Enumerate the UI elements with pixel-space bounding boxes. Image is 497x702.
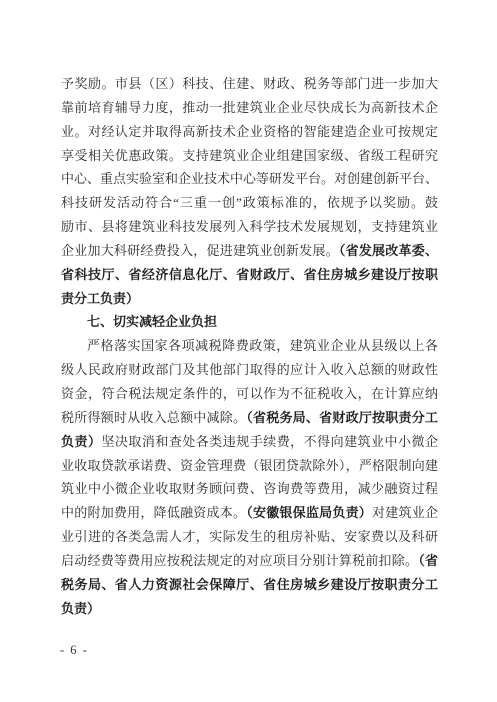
- text-line: 企业加大科研经费投入，促进建筑业创新发展。（省发展改革委、: [61, 239, 438, 263]
- text-line: 省科技厅、省经济信息化厅、省财政厅、省住房城乡建设厅按职: [61, 263, 438, 287]
- bold-text-segment: （省税务局、省财政厅按职责分工: [246, 410, 438, 425]
- text-segment: 科技研发活动符合“三重一创”政策标准的，依规予以奖励。鼓: [61, 195, 438, 210]
- bold-text-segment: （省: [418, 553, 438, 568]
- page-number: - 6 -: [60, 643, 88, 658]
- text-line: 七、切实减轻企业负担: [61, 310, 438, 334]
- text-segment: 享受相关优惠政策。支持建筑业企业组建国家级、省级工程研究: [61, 148, 438, 163]
- text-segment: 靠前培育辅导力度，推动一批建筑业企业尽快成长为高新技术企: [61, 100, 438, 115]
- text-line: 严格落实国家各项减税降费政策，建筑业企业从县级以上各: [61, 334, 438, 358]
- text-segment: 资金，符合税法规定条件的，可以作为不征税收入，在计算应纳: [61, 386, 438, 401]
- text-line: 资金，符合税法规定条件的，可以作为不征税收入，在计算应纳: [61, 382, 438, 406]
- text-line: 业收取贷款承诺费、资金管理费（银团贷款除外），严格限制向建: [61, 454, 438, 478]
- text-line: 中的附加费用，降低融资成本。（安徽银保监局负责）对建筑业企: [61, 501, 438, 525]
- bold-text-segment: 省科技厅、省经济信息化厅、省财政厅、省住房城乡建设厅按职: [61, 267, 438, 282]
- text-line: 税务局、省人力资源社会保障厅、省住房城乡建设厅按职责分工: [61, 573, 438, 597]
- text-line: 负责）: [61, 597, 438, 621]
- text-segment: 筑业中小微企业收取财务顾问费、咨询费等费用，减少融资过程: [61, 481, 438, 496]
- text-segment: 对建筑业企: [372, 505, 438, 520]
- text-segment: 企业加大科研经费投入，促进建筑业创新发展。: [61, 243, 339, 258]
- bold-text-segment: 负责）: [61, 601, 100, 616]
- bold-text-segment: 七、切实减轻企业负担: [87, 314, 217, 329]
- text-segment: 业引进的各类急需人才，实际发生的租房补贴、安家费以及科研: [61, 529, 438, 544]
- text-line: 启动经费等费用应按税法规定的对应项目分别计算税前扣除。（省: [61, 549, 438, 573]
- text-line: 靠前培育辅导力度，推动一批建筑业企业尽快成长为高新技术企: [61, 96, 438, 120]
- text-segment: 税所得额时从收入总额中减除。: [61, 410, 246, 425]
- text-segment: 励市、县将建筑业科技发展列入科学技术发展规划，支持建筑业: [61, 219, 438, 234]
- text-line: 中心、重点实验室和企业技术中心等研发平台。对创建创新平台、: [61, 167, 438, 191]
- text-segment: 级人民政府财政部门及其他部门取得的应计入收入总额的财政性: [61, 362, 438, 377]
- text-line: 科技研发活动符合“三重一创”政策标准的，依规予以奖励。鼓: [61, 191, 438, 215]
- bold-text-segment: （省发展改革委、: [339, 243, 438, 258]
- document-body: 予奖励。市县（区）科技、住建、财政、税务等部门进一步加大靠前培育辅导力度，推动一…: [61, 72, 438, 620]
- text-line: 享受相关优惠政策。支持建筑业企业组建国家级、省级工程研究: [61, 144, 438, 168]
- text-segment: 中心、重点实验室和企业技术中心等研发平台。对创建创新平台、: [61, 171, 438, 186]
- bold-text-segment: 负责）: [61, 434, 101, 449]
- text-segment: 业收取贷款承诺费、资金管理费（银团贷款除外），严格限制向建: [61, 458, 438, 473]
- text-segment: 坚决取消和查处各类违规手续费，不得向建筑业中小微企: [101, 434, 438, 449]
- bold-text-segment: 税务局、省人力资源社会保障厅、省住房城乡建设厅按职责分工: [61, 577, 438, 592]
- bold-text-segment: （安徽银保监局负责）: [246, 505, 372, 520]
- text-line: 税所得额时从收入总额中减除。（省税务局、省财政厅按职责分工: [61, 406, 438, 430]
- text-line: 负责）坚决取消和查处各类违规手续费，不得向建筑业中小微企: [61, 430, 438, 454]
- text-segment: 严格落实国家各项减税降费政策，建筑业企业从县级以上各: [87, 338, 438, 353]
- text-segment: 业。对经认定并取得高新技术企业资格的智能建造企业可按规定: [61, 124, 438, 139]
- text-line: 业引进的各类急需人才，实际发生的租房补贴、安家费以及科研: [61, 525, 438, 549]
- text-segment: 中的附加费用，降低融资成本。: [61, 505, 246, 520]
- text-line: 级人民政府财政部门及其他部门取得的应计入收入总额的财政性: [61, 358, 438, 382]
- text-segment: 予奖励。市县（区）科技、住建、财政、税务等部门进一步加大: [61, 76, 438, 91]
- text-segment: 启动经费等费用应按税法规定的对应项目分别计算税前扣除。: [61, 553, 418, 568]
- document-page: 予奖励。市县（区）科技、住建、财政、税务等部门进一步加大靠前培育辅导力度，推动一…: [0, 0, 497, 702]
- text-line: 责分工负责）: [61, 287, 438, 311]
- text-line: 予奖励。市县（区）科技、住建、财政、税务等部门进一步加大: [61, 72, 438, 96]
- bold-text-segment: 责分工负责）: [61, 291, 139, 306]
- text-line: 业。对经认定并取得高新技术企业资格的智能建造企业可按规定: [61, 120, 438, 144]
- text-line: 筑业中小微企业收取财务顾问费、咨询费等费用，减少融资过程: [61, 477, 438, 501]
- text-line: 励市、县将建筑业科技发展列入科学技术发展规划，支持建筑业: [61, 215, 438, 239]
